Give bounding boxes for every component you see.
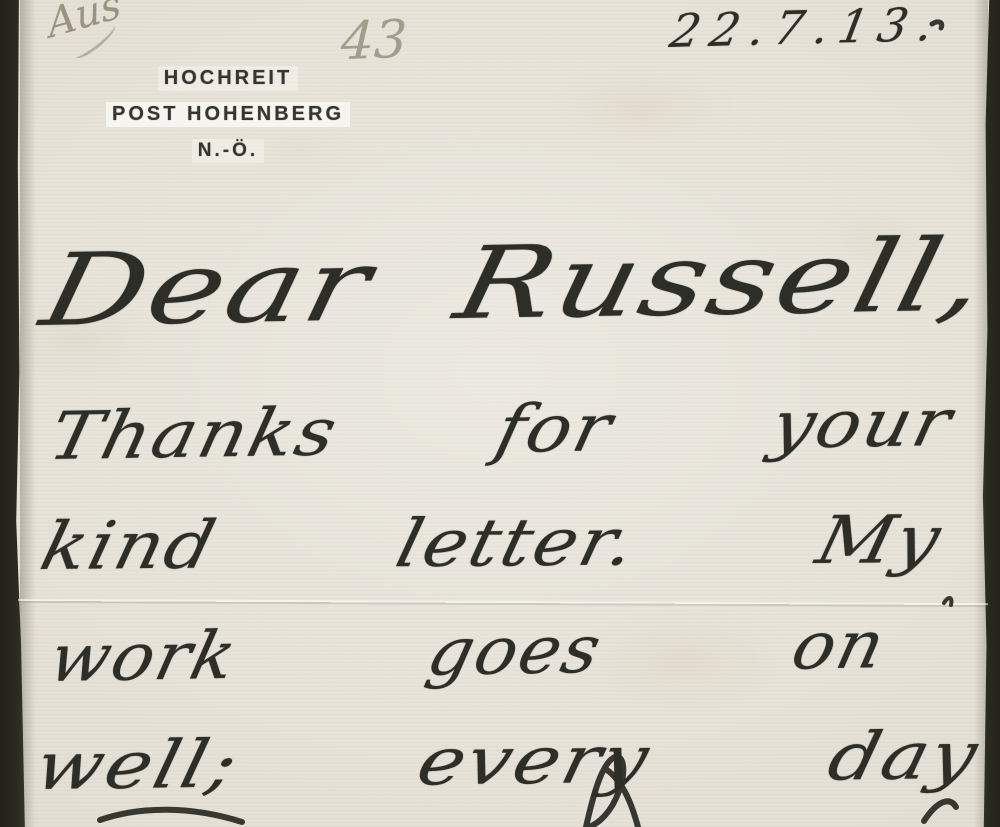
ink-speck [932,22,942,28]
partial-line-strokes [0,0,1000,827]
letter-scan: Aus 43 22.7.13. HOCHREIT POST HOHENBERG … [0,0,1000,827]
